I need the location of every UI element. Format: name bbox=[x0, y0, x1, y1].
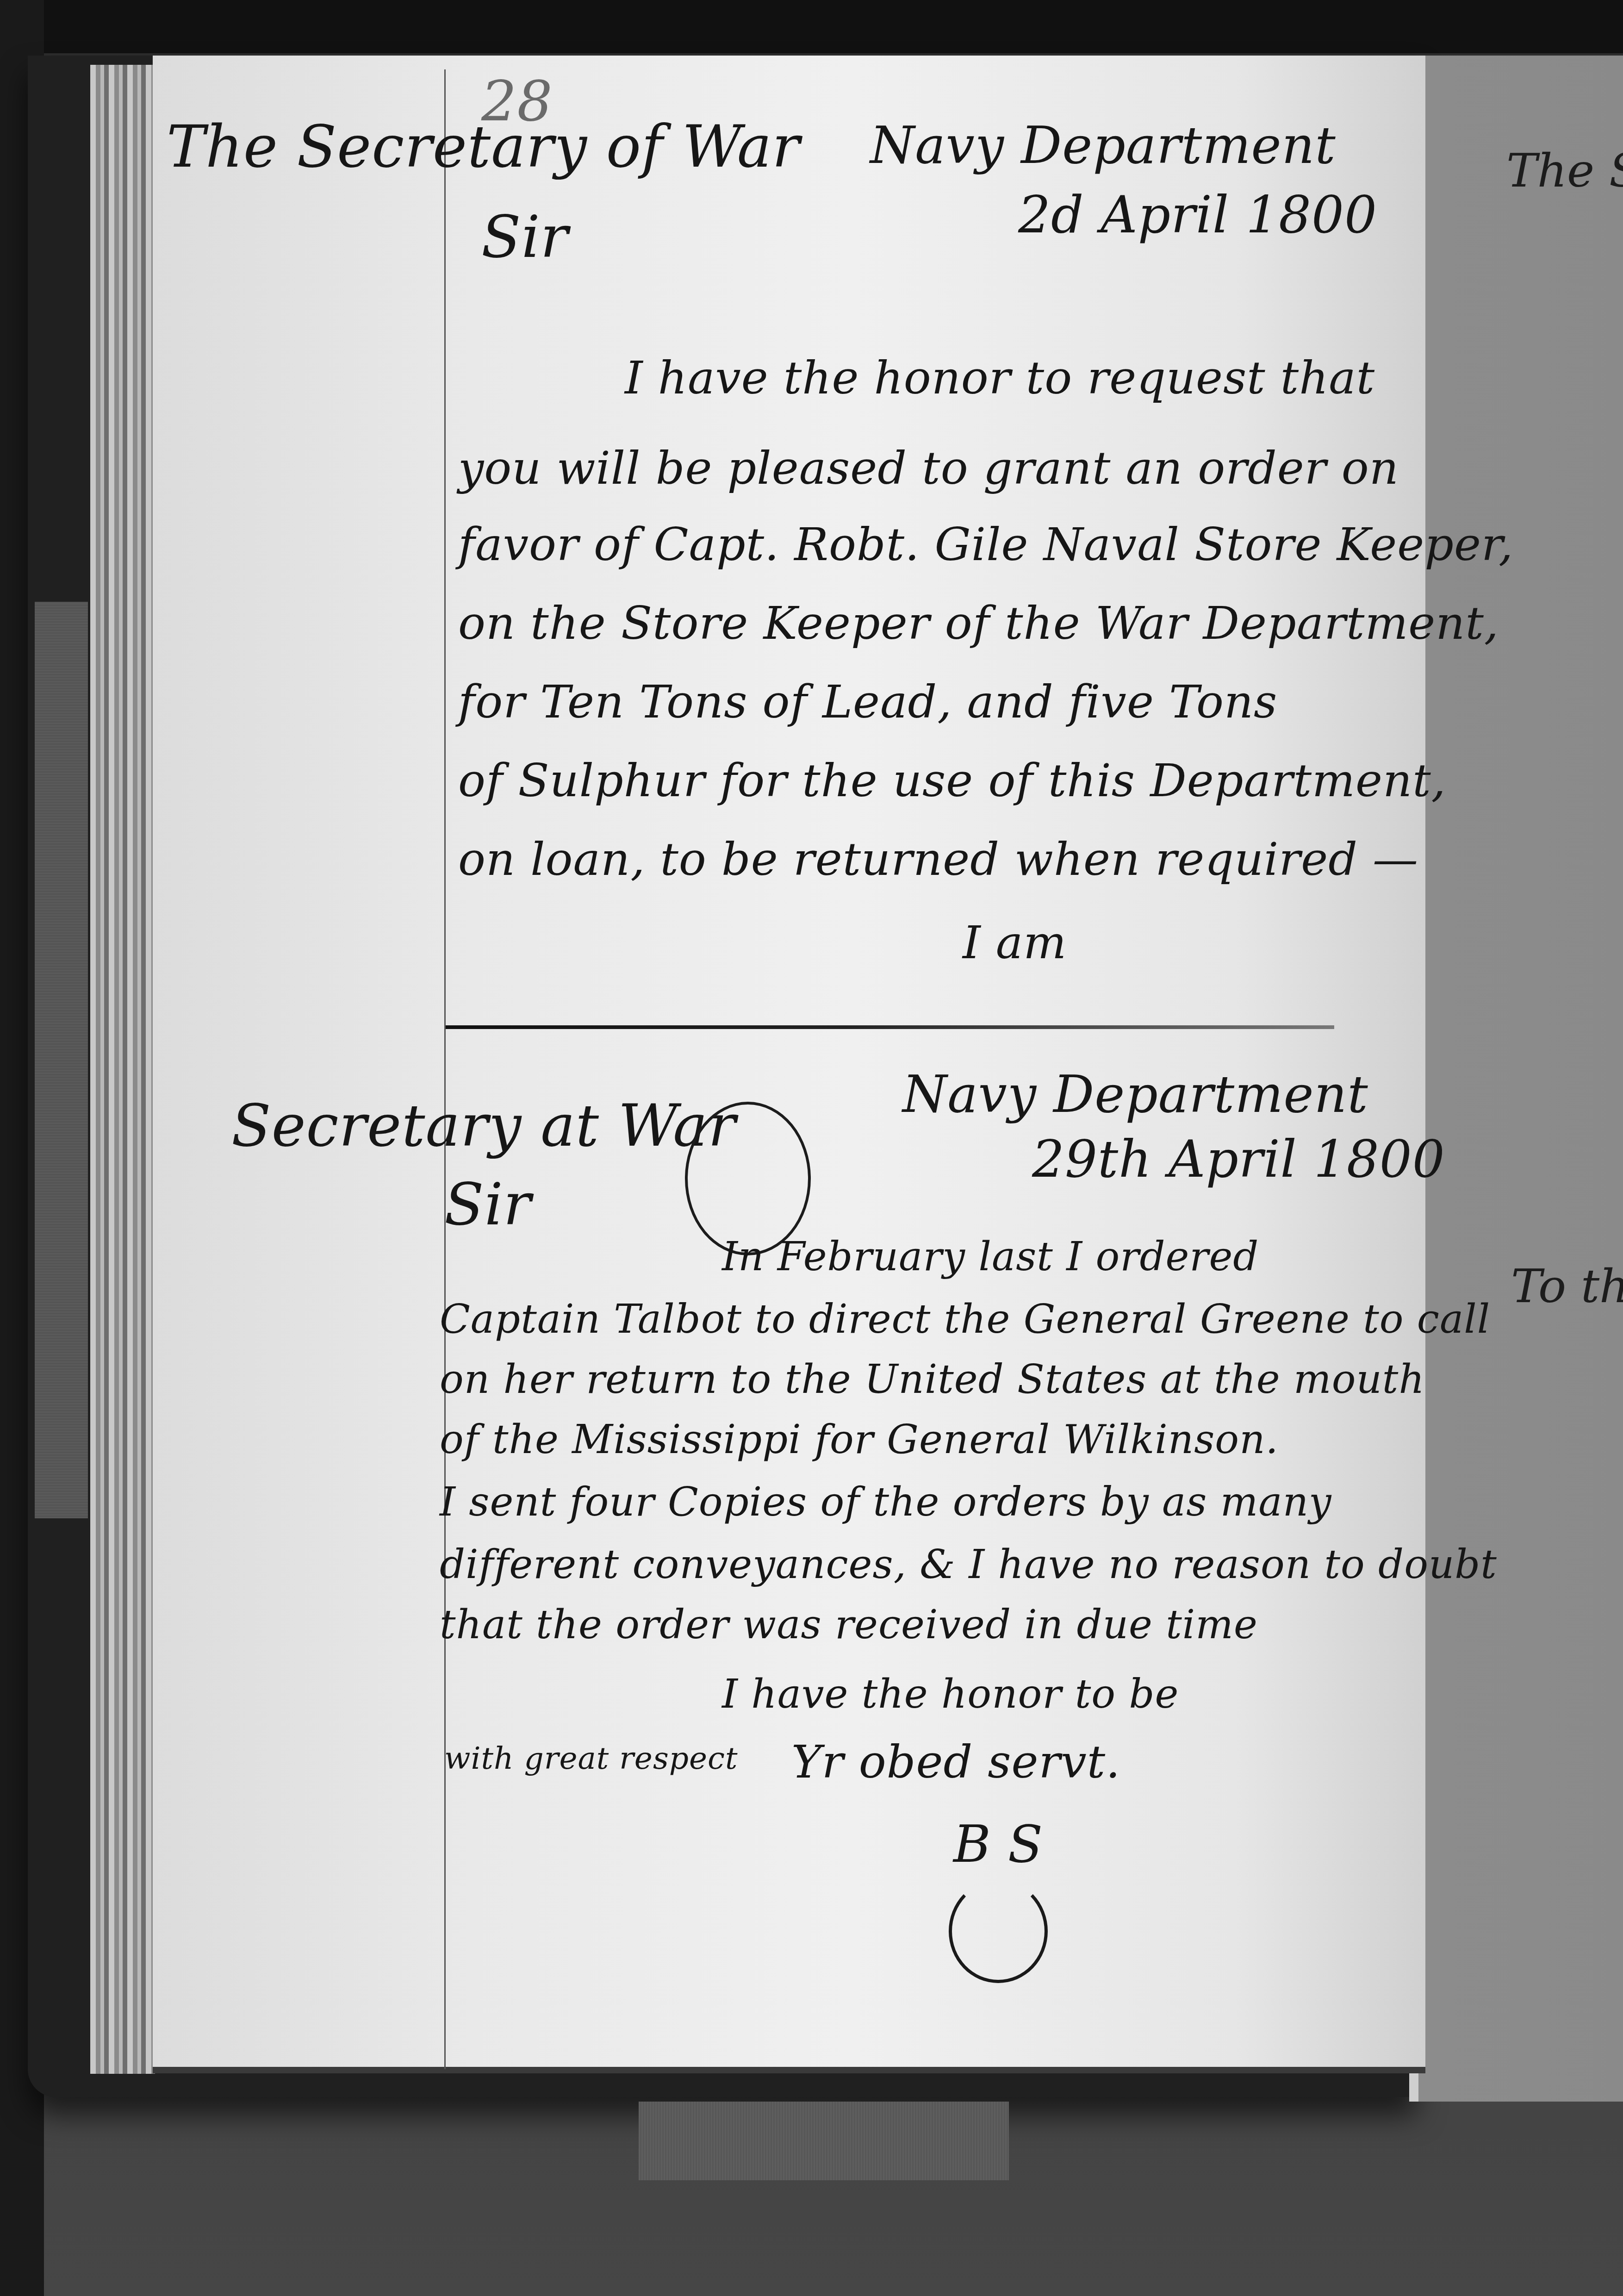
letter1-body-line: you will be pleased to grant an order on bbox=[458, 442, 1399, 495]
letter1-body-line: I have the honor to request that bbox=[625, 352, 1375, 405]
letter1-addressee: The Secretary of War bbox=[167, 113, 800, 181]
facing-page: The Sec To the bbox=[1409, 56, 1623, 2102]
letter2-place: Navy Department bbox=[902, 1065, 1368, 1124]
letter2-valediction: with great respect bbox=[444, 1741, 738, 1776]
letter2-body-line: different conveyances, & I have no reaso… bbox=[440, 1541, 1497, 1588]
letter2-closing-line: Yr obed servt. bbox=[791, 1736, 1120, 1789]
letter2-signature: B S bbox=[953, 1815, 1043, 1874]
letter1-salutation: Sir bbox=[481, 204, 568, 271]
letter2-closing-line: I have the honor to be bbox=[722, 1671, 1179, 1717]
addressee-flourish bbox=[685, 1102, 811, 1255]
facing-page-fragment-2: To the bbox=[1511, 1259, 1623, 1313]
letter1-body-line: on loan, to be returned when required — bbox=[458, 833, 1418, 886]
letter2-body-line: of the Mississippi for General Wilkinson… bbox=[440, 1416, 1279, 1463]
letter2-salutation: Sir bbox=[444, 1171, 531, 1238]
letter1-body-line: for Ten Tons of Lead, and five Tons bbox=[458, 676, 1277, 729]
letter1-body-line: favor of Capt. Robt. Gile Naval Store Ke… bbox=[458, 518, 1513, 571]
binding-cloth-patch bbox=[35, 602, 88, 1518]
facing-page-fragment-1: The Sec bbox=[1506, 143, 1623, 198]
page-stack-edges bbox=[90, 65, 155, 2074]
letter2-body-line: I sent four Copies of the orders by as m… bbox=[440, 1479, 1332, 1525]
letter-divider-line bbox=[446, 1025, 1334, 1029]
letter2-body-line: that the order was received in due time bbox=[440, 1602, 1258, 1648]
letter1-date: 2d April 1800 bbox=[1018, 185, 1377, 244]
letter2-addressee: Secretary at War bbox=[231, 1092, 736, 1160]
letter1-body-line: of Sulphur for the use of this Departmen… bbox=[458, 755, 1446, 807]
letter2-body-line: on her return to the United States at th… bbox=[440, 1356, 1425, 1403]
letter1-place: Navy Department bbox=[870, 116, 1336, 175]
letter2-date: 29th April 1800 bbox=[1032, 1129, 1445, 1189]
letter1-closing: I am bbox=[963, 917, 1067, 969]
letter2-body-line: In February last I ordered bbox=[722, 1234, 1259, 1280]
signature-flourish bbox=[949, 1879, 1048, 1983]
binding-cloth-bottom bbox=[639, 2102, 1009, 2180]
letter2-body-line: Captain Talbot to direct the General Gre… bbox=[440, 1296, 1490, 1342]
scan-background: The Sec To the 28 The Secretary of War S… bbox=[0, 0, 1623, 2296]
scanner-top-edge bbox=[0, 0, 1623, 53]
letter1-body-line: on the Store Keeper of the War Departmen… bbox=[458, 597, 1499, 650]
